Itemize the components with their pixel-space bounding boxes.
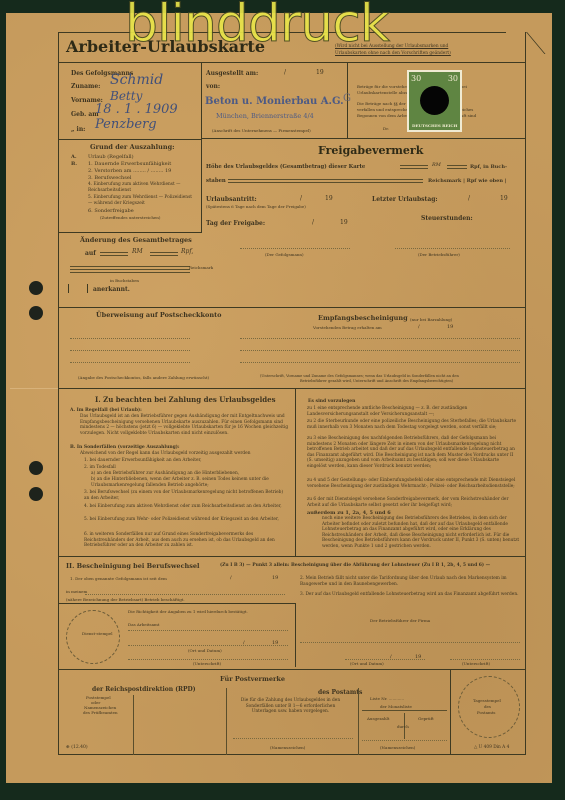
notes-right-item: zu 6 der mit Dienstsiegel versehene Sond… <box>307 497 519 508</box>
reason-item[interactable]: 5. Einberufung zum Wehrdienst — Polizeid… <box>88 195 196 206</box>
paid-out-label: Ausgezahlt <box>367 716 389 721</box>
name-sign-field[interactable] <box>233 738 353 739</box>
notes-right-item: zu 1 eine entsprechende amtliche Beschei… <box>307 406 519 417</box>
reason-title: Grund der Auszahlung: <box>90 144 175 151</box>
name-sign-caption: (Namenszeichen) <box>270 745 305 750</box>
divider <box>58 556 526 557</box>
notes-b-item: 6. in weiteren Sonderfällen nur auf Grun… <box>84 532 289 549</box>
notes-b-item: b) an die Hinterbliebenen, wenn der Arbe… <box>91 477 289 488</box>
issued-date-year: 19 <box>316 70 324 76</box>
day-stamp-label: Postamts <box>477 710 495 715</box>
notes-b-item: 4. bei Einberufung zum aktiven Wehrdiens… <box>84 504 289 510</box>
receipt-line[interactable] <box>240 350 520 351</box>
rm-field[interactable] <box>100 252 128 253</box>
divider <box>358 688 359 755</box>
employee-sig-caption: (Der Gefolgsmann) <box>265 252 304 257</box>
signature-caption: (Unterschrift) <box>193 661 221 666</box>
divider <box>362 710 447 711</box>
postmark-caption: des Prüfbeamten <box>83 710 118 715</box>
manager-sig-line[interactable] <box>395 248 510 249</box>
notes-a-text: Das Urlaubsgeld ist an den Betriebsführe… <box>80 414 290 436</box>
place-date-field[interactable] <box>128 645 288 646</box>
surname-field[interactable]: Schmid <box>110 73 163 88</box>
issued-from-label: von: <box>206 83 220 90</box>
vacation-start-note: (Spätestens 6 Tage nach dem Tage der Fre… <box>206 204 306 209</box>
service-stamp-label: Dienst-stempel <box>82 631 112 636</box>
reason-item[interactable]: 3. Berufswechsel <box>88 175 131 181</box>
issued-date-slash: / <box>284 70 286 76</box>
notes-left-title: I. Zu beachten bei Zahlung des Urlaubsge… <box>95 396 276 404</box>
transfer-line[interactable] <box>70 338 190 339</box>
date-slash: / <box>312 220 314 226</box>
company-field[interactable] <box>300 642 520 643</box>
date-year: 19 <box>325 196 333 202</box>
notes-b-item: a) an den Betriebsführer zur Aushändigun… <box>91 471 289 477</box>
service-stamp-circle <box>66 610 120 664</box>
labor-office-label: Das Arbeitsamt <box>128 622 159 627</box>
amount-words-line <box>70 269 190 270</box>
divider <box>450 669 451 755</box>
reichsmark-label: Reichsmark <box>189 265 213 270</box>
section2-title-rest: (Zu I B 3) — Punkt 3 allein: Bescheinigu… <box>220 563 490 569</box>
change-title: Änderung des Gesamtbetrages <box>80 237 192 244</box>
punch-hole <box>29 487 43 501</box>
rpf-field[interactable] <box>150 252 178 253</box>
by-label: durch <box>397 724 409 729</box>
notes-right-title: Es sind vorzulegen <box>308 399 355 405</box>
transfer-caption: (Angabe des Postscheckkontos, falls ande… <box>78 375 209 380</box>
receipt-line[interactable] <box>240 362 520 363</box>
checked-label: Geprüft <box>418 716 434 721</box>
notes-b-item: 2. im Todesfall <box>84 465 289 471</box>
notes-b-item: 5. bei Einberufung zum Wehr- oder Polize… <box>84 517 289 523</box>
form-reference: △ U 409 Din A 4 <box>474 745 509 750</box>
release-rpf-field[interactable] <box>447 165 467 166</box>
transfer-line[interactable] <box>70 350 190 351</box>
release-rm-field[interactable] <box>400 165 428 166</box>
in-words-caption: in Buchstaben <box>110 278 139 283</box>
release-words-field[interactable] <box>228 179 423 180</box>
signature-caption: (Unterschrift) <box>462 661 490 666</box>
release-amount-label: Höhe des Urlaubsgeldes (Gesamtbetrag) di… <box>206 164 365 170</box>
manager-sig-caption: (Der Betriebsführer) <box>418 252 460 257</box>
company-manager-label: Der Betriebsführer der Firma <box>370 618 430 623</box>
date-slash: / <box>243 640 245 646</box>
notes-b-intro: Abweichend von der Regel kann das Urlaub… <box>80 451 290 457</box>
reason-item[interactable]: Urlaub (Regelfall) <box>88 154 134 160</box>
divider <box>58 669 526 670</box>
place-date-caption: (Ort und Datum) <box>188 648 222 653</box>
stamp-value-right: 30 <box>448 74 458 83</box>
date-year: 19 <box>272 640 278 646</box>
post-title: Für Postvermerke <box>220 676 285 683</box>
date-year: 19 <box>340 220 348 226</box>
date-year: 19 <box>500 196 508 202</box>
surname-label: Zuname: <box>71 83 100 90</box>
reason-item[interactable]: 6. Sonderfreigabe <box>88 208 134 214</box>
recognized-label: anerkannt. <box>93 286 130 293</box>
divider <box>226 688 227 755</box>
reason-item[interactable]: 4. Einberufung zum aktiven Wehrdienst — … <box>88 182 196 193</box>
employee-sig-line[interactable] <box>240 248 350 249</box>
post-office-label: des Postamts <box>318 689 362 696</box>
release-words-line <box>228 182 423 183</box>
date-year: 19 <box>272 575 278 581</box>
release-rpf-line <box>447 168 467 169</box>
punch-hole <box>29 306 43 320</box>
stamp-box-initial: G <box>343 94 351 104</box>
company-stamp-name: Beton u. Monierbau A.G. <box>205 96 344 108</box>
release-day-label: Tag der Freigabe: <box>206 220 265 227</box>
divider <box>58 388 526 389</box>
birthdate-field[interactable]: 18 . 1 . 1909 <box>95 103 178 117</box>
divider <box>58 62 526 63</box>
place-date-caption: (Ort und Datum) <box>350 661 384 666</box>
section2-p1: 1. Der oben genannte Gefolgsmann ist sei… <box>70 576 167 581</box>
confirm-text: Die Richtigkeit der Angaben zu 1 wird hi… <box>128 609 248 614</box>
divider <box>58 232 201 233</box>
receipt-text: Vorstehenden Betrag erhalten am <box>313 325 382 330</box>
punch-hole <box>29 461 43 475</box>
notes-b-item: 3. bei Berufswechsel (zu einem von der U… <box>84 490 289 501</box>
rm-field-line <box>100 255 128 256</box>
release-rm-label: RM <box>432 162 441 168</box>
reason-item[interactable]: 1. Dauernde Erwerbsunfähigkeit <box>88 161 171 167</box>
divider <box>58 307 526 308</box>
release-words-label: staben <box>206 178 226 184</box>
stamp-box-sig: Dr. <box>383 126 389 131</box>
date-slash: / <box>230 575 232 581</box>
release-reichsmark-label: Reichsmark | Rpf wie oben | <box>428 178 507 184</box>
amount-words-field[interactable] <box>70 266 190 267</box>
birthplace-field[interactable]: Penzberg <box>95 118 157 132</box>
release-rm-line <box>400 168 428 169</box>
stamp-punch-hole <box>420 86 449 115</box>
place-date-field[interactable] <box>345 659 425 660</box>
notes-right-item: zu 4 und 5 der Gestellungs- oder Einberu… <box>307 478 519 489</box>
last-day-label: Letzter Urlaubstag: <box>372 196 438 203</box>
company-stamp-address: München, Briennerstraße 4/4 <box>216 112 314 120</box>
post-office-text: Die für die Zahlung des Urlaubsgeldes in… <box>233 698 348 715</box>
amount-words-line <box>70 272 190 273</box>
date-slash: / <box>468 196 470 202</box>
vacation-start-label: Urlaubsantritt: <box>206 196 257 203</box>
receipt-title-note: (nur bei Barzahlung) <box>410 317 452 322</box>
date-year: 19 <box>447 324 453 330</box>
issued-date-label: Ausgestellt am: <box>206 70 258 77</box>
receipt-title: Empfangsbescheinigung <box>318 315 408 322</box>
name-sign-field[interactable] <box>362 740 447 741</box>
postage-stamp: 30 30 DEUTSCHES REICH <box>407 70 462 132</box>
divider <box>295 388 296 556</box>
divider <box>201 138 526 139</box>
punch-hole <box>29 281 43 295</box>
business-type-field[interactable] <box>85 594 285 595</box>
name-sign-caption: (Namenszeichen) <box>380 745 415 750</box>
date-slash: / <box>300 196 302 202</box>
company-caption: (Anschrift des Unternehmens — Firmenstem… <box>212 128 311 133</box>
transfer-line[interactable] <box>70 362 190 363</box>
signature-field[interactable] <box>450 659 520 660</box>
receipt-caption: (Unterschrift, Vorname und Zuname des Ge… <box>260 374 459 379</box>
change-on-label: auf <box>85 250 96 257</box>
notes-b-item: 1. bei dauernder Erwerbsunfähigkeit an d… <box>84 458 289 464</box>
rpf-label: Rpf, <box>181 249 193 255</box>
form-code: ⊕ (12.40) <box>66 745 88 750</box>
birthplace-label: „ in: <box>71 126 85 133</box>
section2-p3: 3. Der auf das Urlaubsgeld entfallende L… <box>300 592 520 598</box>
directorate-label: der Reichspostdirektion (RPD) <box>92 686 196 693</box>
divider <box>58 139 201 140</box>
tax-office-label: Steuerstunden: <box>421 215 473 222</box>
signature-field[interactable] <box>128 659 288 660</box>
list-number: Liste Nr. ............ <box>370 696 404 701</box>
release-title: Freigabevermerk <box>318 145 423 157</box>
divider <box>133 695 134 755</box>
release-rpf-label: Rpf, in Buch- <box>470 164 507 170</box>
rm-label: RM <box>132 249 143 255</box>
reason-key: A. <box>71 154 77 160</box>
section2-p1-caption: (nähere Bezeichnung der Betriebsart) Bet… <box>66 597 185 602</box>
notes-also-text: noch eine weitere Bescheinigung des Betr… <box>322 516 520 550</box>
stamp-country: DEUTSCHES REICH <box>412 123 457 128</box>
reason-item[interactable]: 2. Verstorben am ........ / ........ 19 <box>88 168 171 174</box>
notes-right-item: zu 3 eine Bescheinigung des nachfolgende… <box>307 436 519 470</box>
rpf-field-line <box>150 255 178 256</box>
reason-caption: (Zutreffendes unterstreichen) <box>100 215 160 220</box>
divider <box>201 62 202 233</box>
date-slash: / <box>418 324 420 330</box>
day-stamp-label: des <box>484 704 491 709</box>
notes-right-item: zu 2 die Sterbeurkunde oder eine polizei… <box>307 419 519 430</box>
monthly-list: der Monatsliste <box>380 704 412 709</box>
transfer-title: Überweisung auf Postscheckkonto <box>96 312 221 319</box>
fold-line <box>10 388 58 389</box>
receipt-line[interactable] <box>240 338 520 339</box>
day-stamp-label: Tagesstempel <box>473 698 501 703</box>
watermark: blinddruck <box>125 0 389 54</box>
section2-p2: 2. Mein Betrieb fällt nicht unter die Ta… <box>300 576 520 587</box>
section2-title: II. Bescheinigung bei Berufswechsel <box>66 562 200 570</box>
rpf-box <box>68 284 88 293</box>
labor-office-field[interactable] <box>128 630 288 631</box>
reason-key: B. <box>71 161 77 167</box>
stamp-value-left: 30 <box>411 74 421 83</box>
receipt-caption: Betriebsführer gezahlt wird, Unterschrif… <box>300 379 453 384</box>
